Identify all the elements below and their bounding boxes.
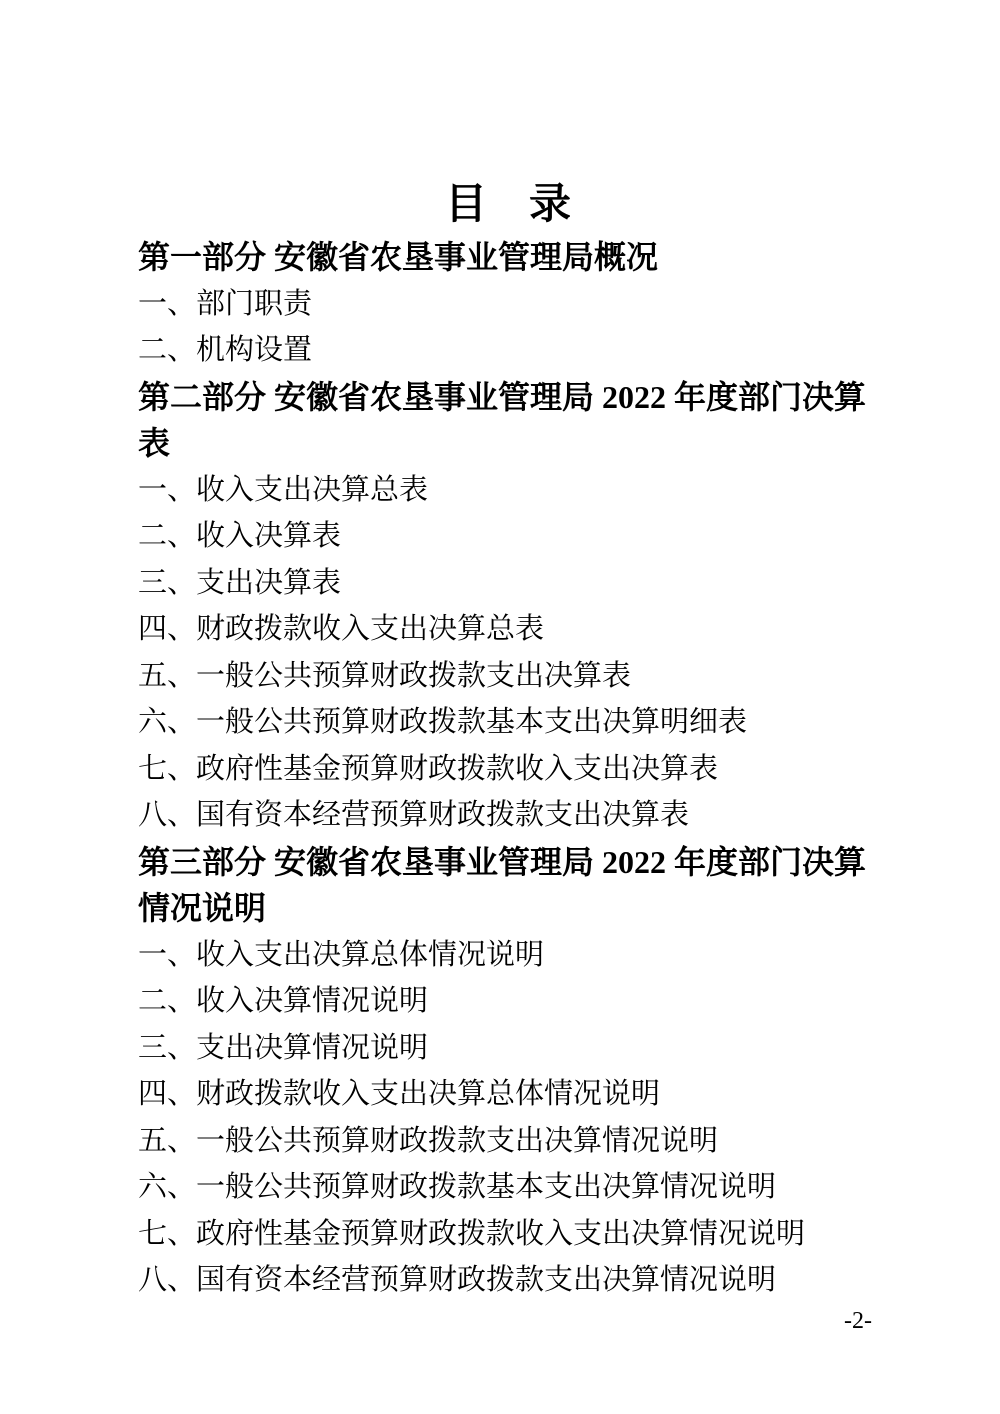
toc-item: 七、政府性基金预算财政拨款收入支出决算表 (138, 746, 878, 793)
toc-item: 一、部门职责 (138, 281, 878, 328)
toc-item: 五、一般公共预算财政拨款支出决算表 (138, 653, 878, 700)
toc-item: 六、一般公共预算财政拨款基本支出决算明细表 (138, 699, 878, 746)
toc-item: 一、收入支出决算总表 (138, 467, 878, 514)
toc-section-heading: 第二部分 安徽省农垦事业管理局 2022 年度部门决算表 (138, 374, 878, 467)
toc-item: 六、一般公共预算财政拨款基本支出决算情况说明 (138, 1164, 878, 1211)
toc-item: 七、政府性基金预算财政拨款收入支出决算情况说明 (138, 1211, 878, 1258)
toc-item: 一、收入支出决算总体情况说明 (138, 932, 878, 979)
toc-item: 八、国有资本经营预算财政拨款支出决算情况说明 (138, 1257, 878, 1304)
document-page: 目 录 第一部分 安徽省农垦事业管理局概况一、部门职责二、机构设置第二部分 安徽… (0, 0, 1000, 1414)
toc-item: 三、支出决算情况说明 (138, 1025, 878, 1072)
toc-item: 八、国有资本经营预算财政拨款支出决算表 (138, 792, 878, 839)
toc: 第一部分 安徽省农垦事业管理局概况一、部门职责二、机构设置第二部分 安徽省农垦事… (138, 234, 878, 1304)
toc-section-heading: 第三部分 安徽省农垦事业管理局 2022 年度部门决算情况说明 (138, 839, 878, 932)
toc-item: 三、支出决算表 (138, 560, 878, 607)
toc-item: 二、收入决算表 (138, 513, 878, 560)
toc-item: 四、财政拨款收入支出决算总表 (138, 606, 878, 653)
toc-item: 二、机构设置 (138, 327, 878, 374)
page-content: 目 录 第一部分 安徽省农垦事业管理局概况一、部门职责二、机构设置第二部分 安徽… (0, 0, 1000, 1338)
page-title: 目 录 (138, 176, 878, 234)
toc-item: 五、一般公共预算财政拨款支出决算情况说明 (138, 1118, 878, 1165)
page-number: -2- (138, 1304, 878, 1338)
toc-item: 四、财政拨款收入支出决算总体情况说明 (138, 1071, 878, 1118)
toc-section-heading: 第一部分 安徽省农垦事业管理局概况 (138, 234, 878, 281)
toc-item: 二、收入决算情况说明 (138, 978, 878, 1025)
